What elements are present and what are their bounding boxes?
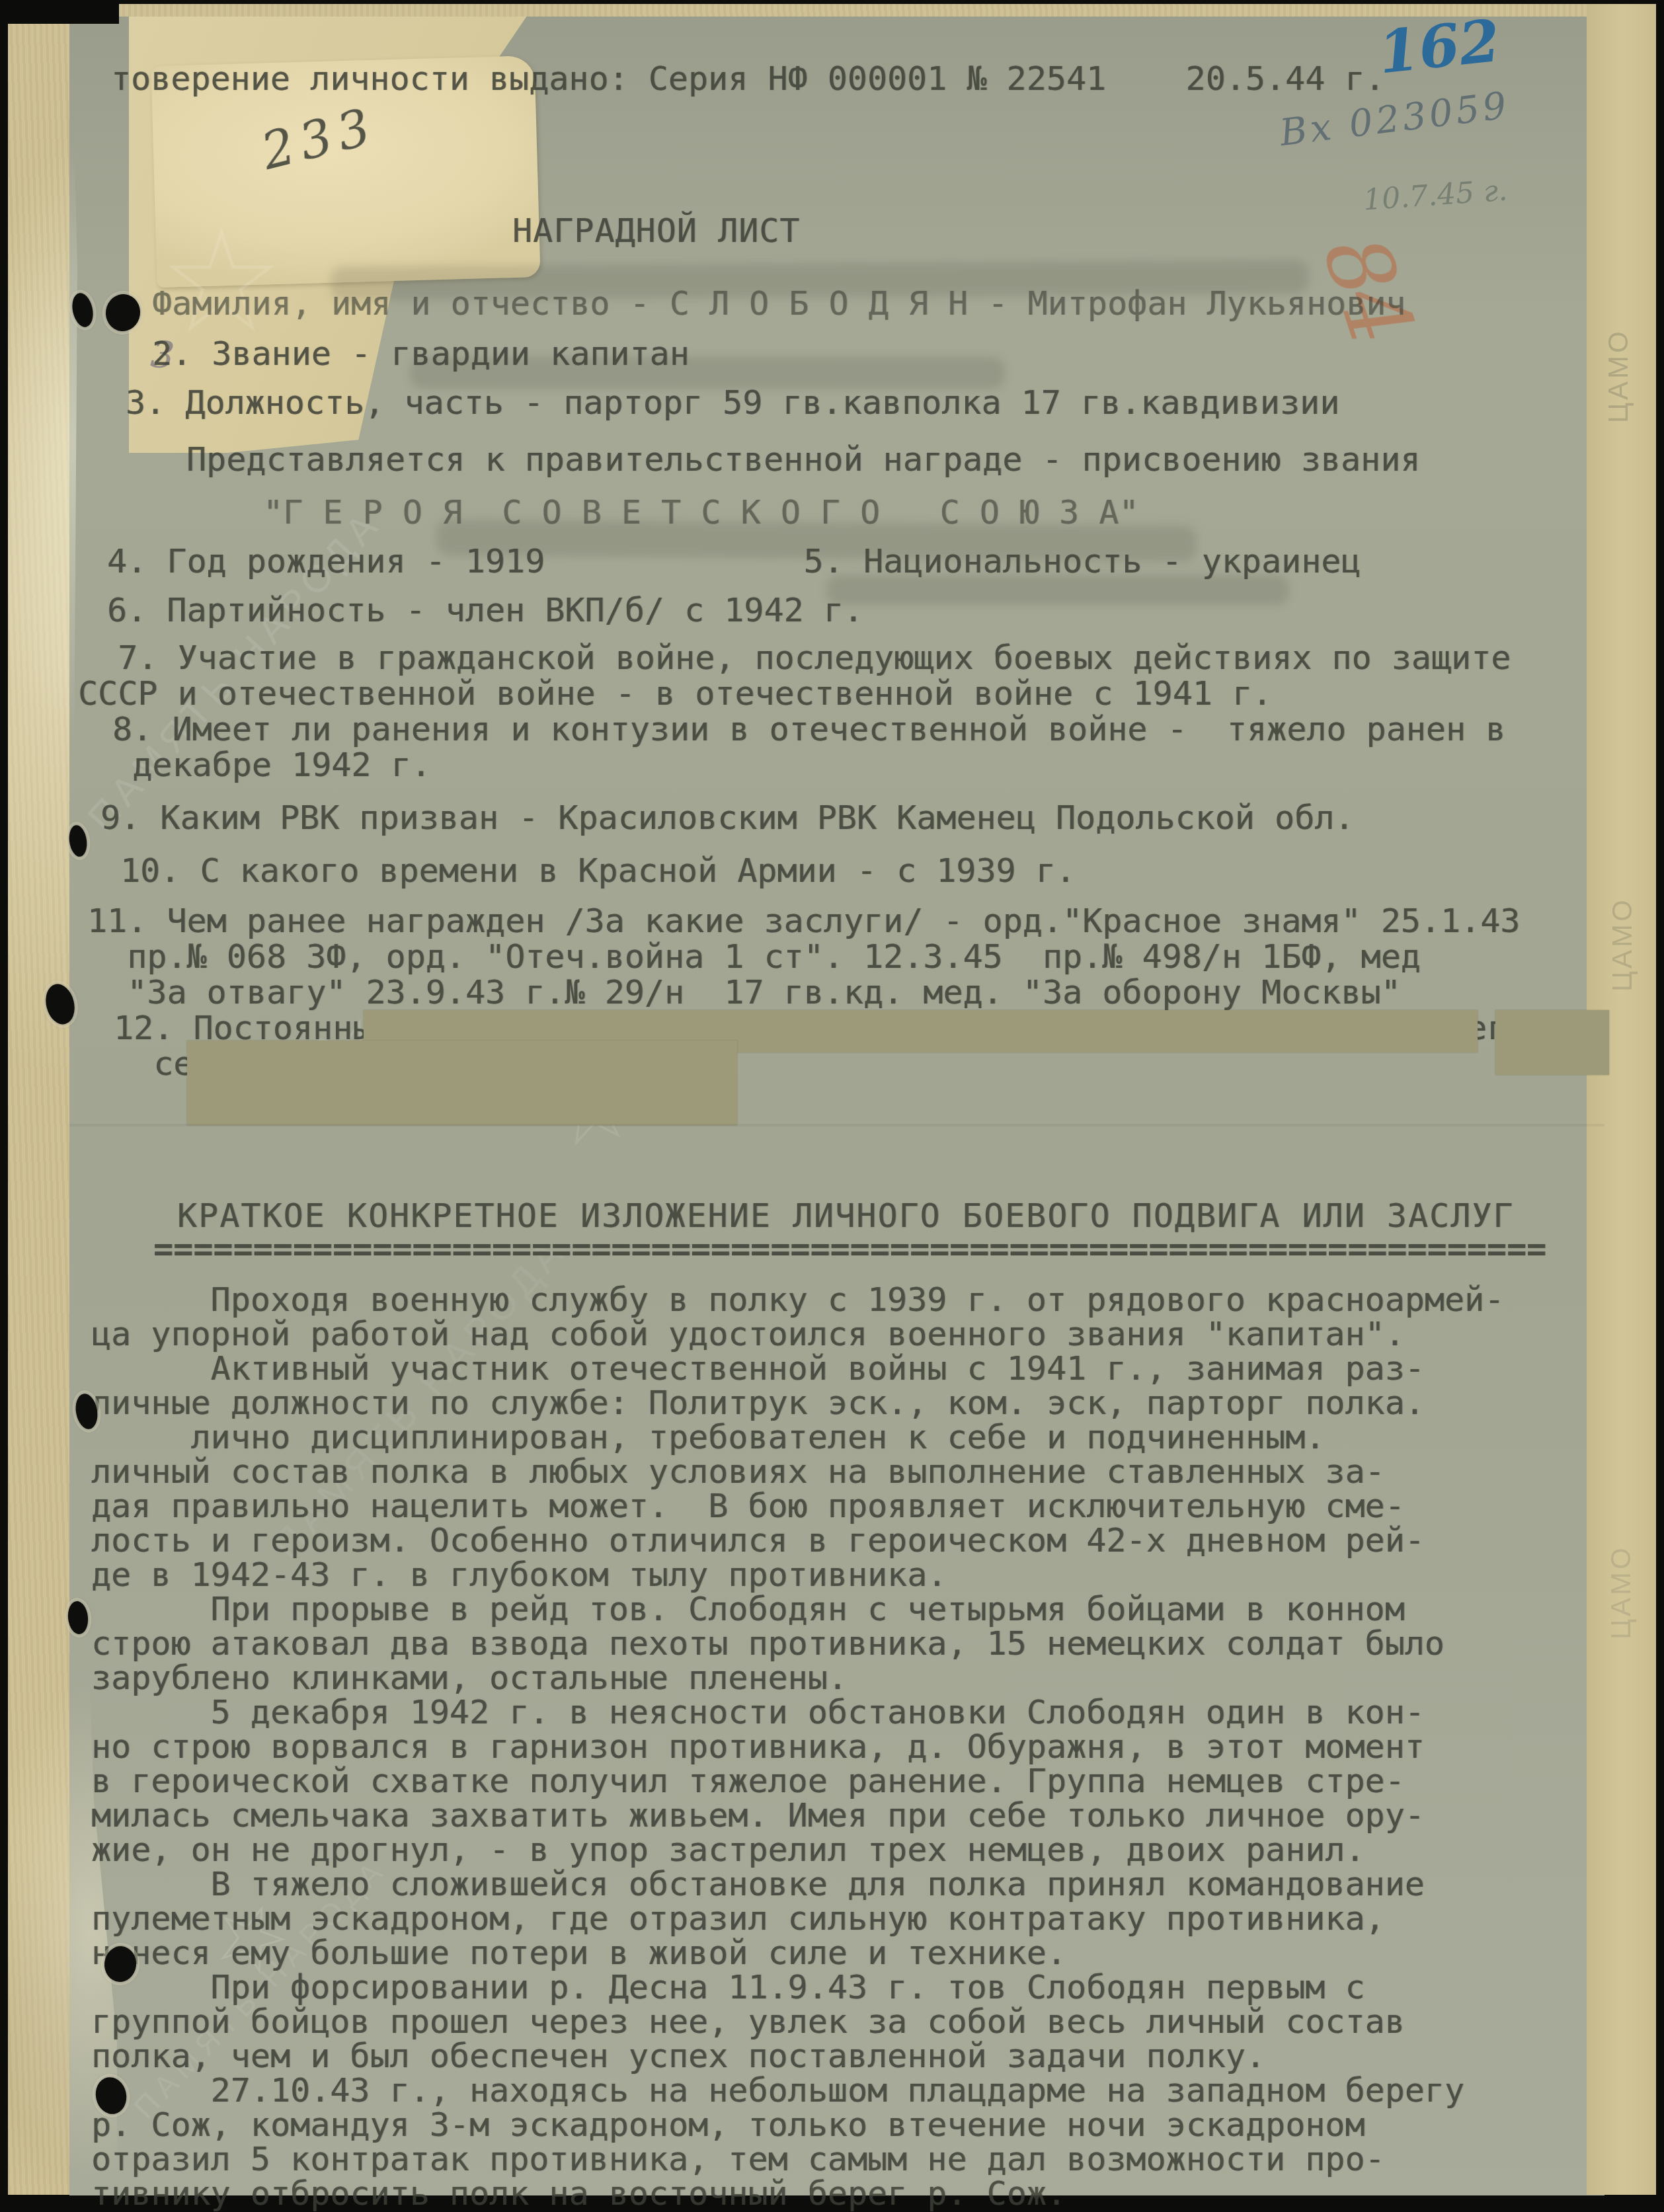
- field-drafted-by: 9. Каким РВК призван - Красиловским РВК …: [100, 800, 1354, 836]
- field-war-participation: 7. Участие в гражданской войне, последую…: [78, 640, 1511, 711]
- field-position-unit: 3. Должность, часть - парторг 59 гв.кавп…: [126, 385, 1339, 420]
- tsamo-watermark: ЦАМО: [1606, 897, 1638, 992]
- field-previous-awards: 11. Чем ранее награжден /За какие заслуг…: [87, 903, 1520, 1010]
- ink-smudge: [331, 260, 1309, 301]
- tsamo-watermark: ЦАМО: [1603, 329, 1634, 423]
- summary-body: Проходя военную службу в полку с 1939 г.…: [91, 1283, 1504, 2211]
- field-service-since: 10. С какого времени в Красной Армии - с…: [120, 853, 1076, 889]
- blue-page-number: 162: [1375, 6, 1503, 87]
- summary-heading: КРАТКОЕ КОНКРЕТНОЕ ИЗЛОЖЕНИЕ ЛИЧНОГО БОЕ…: [177, 1198, 1514, 1234]
- ink-smudge: [410, 357, 1005, 389]
- field-submission: Представляется к правительственной награ…: [186, 442, 1420, 477]
- tsamo-watermark: ЦАМО: [1605, 1545, 1637, 1639]
- ink-smudge: [436, 519, 1197, 562]
- redaction-block: [187, 1041, 737, 1125]
- scan-background-corner: [0, 0, 119, 24]
- field-party: 6. Партийность - член ВКП/б/ с 1942 г.: [107, 592, 863, 628]
- ink-smudge: [826, 575, 1289, 605]
- paper-crease: [69, 1124, 1605, 1126]
- field-wounds: 8. Имеет ли ранения и контузии в отечест…: [93, 711, 1505, 783]
- document-title: НАГРАДНОЙ ЛИСТ: [512, 213, 800, 249]
- summary-heading-underline: ========================================…: [153, 1231, 1546, 1267]
- redaction-block: [1495, 1010, 1609, 1075]
- identity-certificate-line: товерение личности выдано: Серия НФ 0000…: [111, 61, 1385, 97]
